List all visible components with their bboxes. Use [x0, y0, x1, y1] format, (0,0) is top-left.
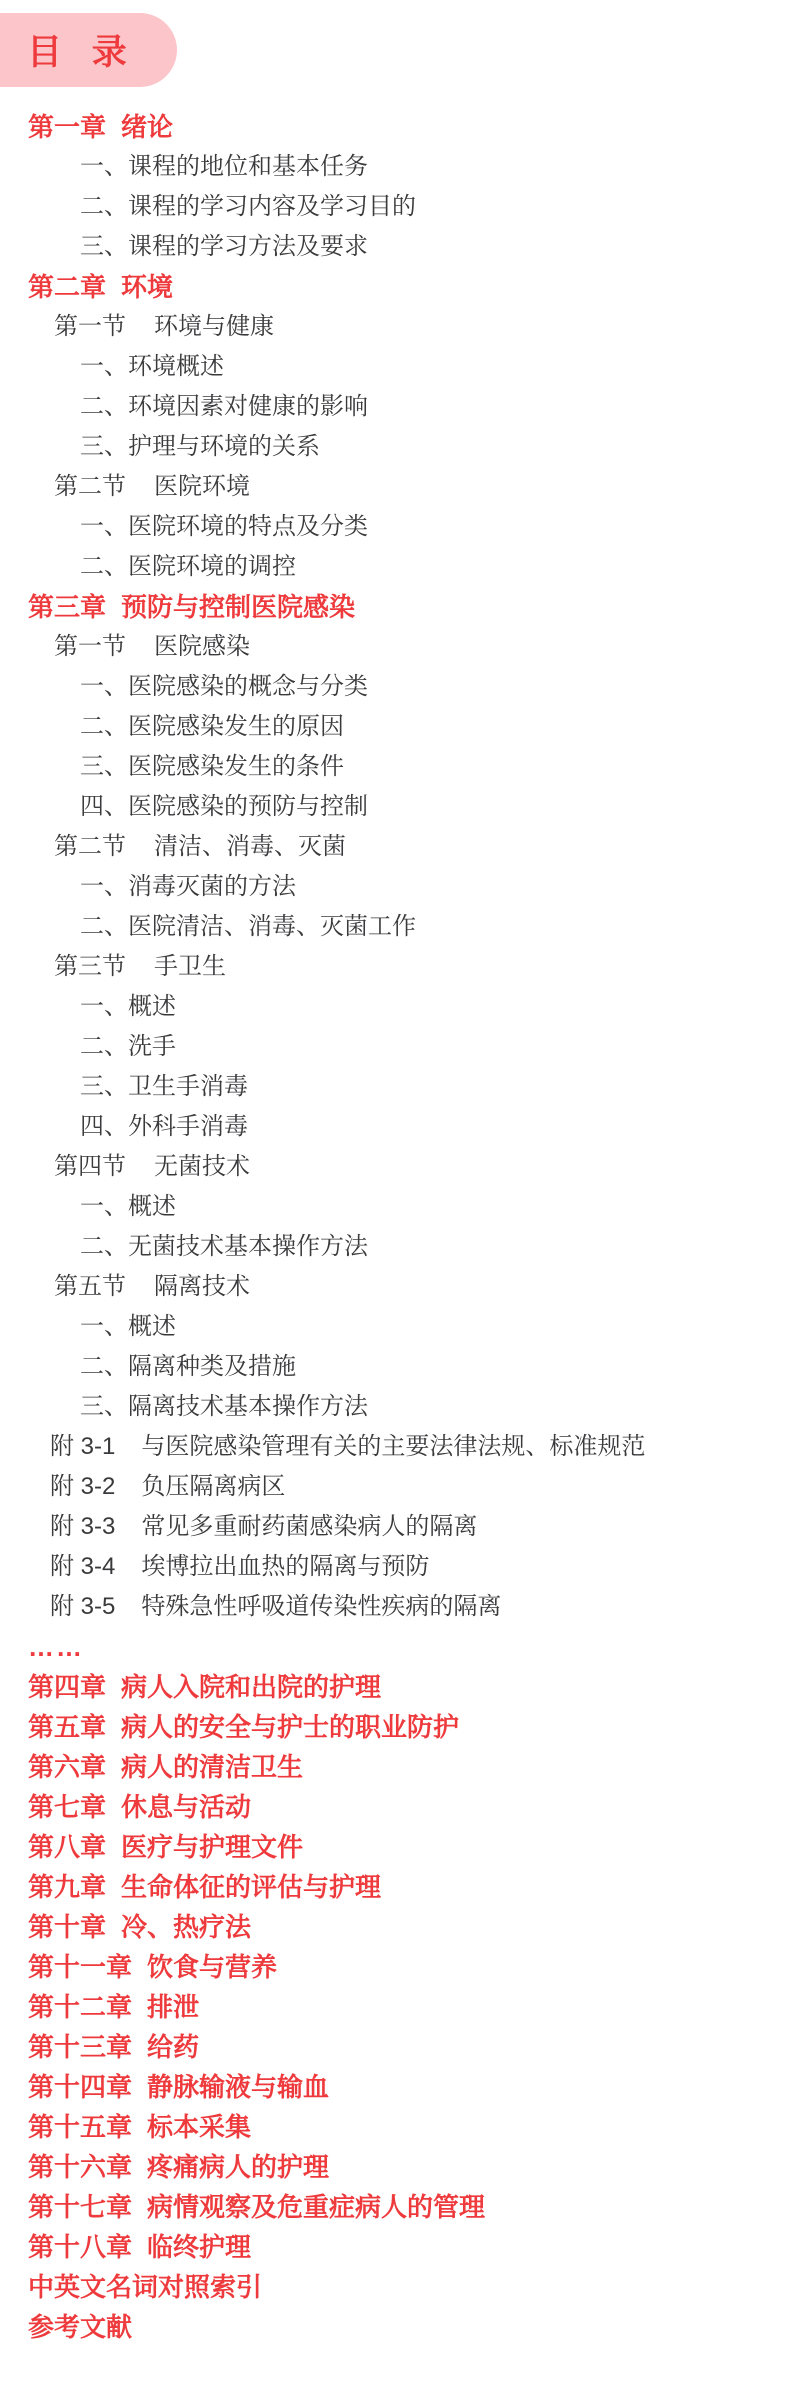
toc-entry-chapter[interactable]: 第十二章排泄	[0, 1987, 790, 2027]
entry-number: 第四节	[54, 1147, 126, 1187]
toc-entry-item[interactable]: 三、课程的学习方法及要求	[0, 227, 790, 267]
entry-number: 第五节	[54, 1267, 126, 1307]
entry-title: 隔离技术	[154, 1273, 250, 1300]
entry-number: 第十四章	[28, 2067, 132, 2107]
toc-entry-backmatter[interactable]: 参考文献	[0, 2307, 790, 2347]
entry-title: 中英文名词对照索引	[28, 2272, 262, 2302]
entry-number: 第七章	[28, 1787, 106, 1827]
toc-entry-item[interactable]: 二、无菌技术基本操作方法	[0, 1227, 790, 1267]
toc-entry-chapter[interactable]: 第五章病人的安全与护士的职业防护	[0, 1707, 790, 1747]
toc-entry-section[interactable]: 第一节医院感染	[0, 627, 790, 667]
entry-number: 第二节	[54, 827, 126, 867]
toc-entry-chapter[interactable]: 第一章绪论	[0, 107, 790, 147]
entry-title: 一、课程的地位和基本任务	[80, 153, 368, 180]
toc-entry-chapter[interactable]: 第四章病人入院和出院的护理	[0, 1667, 790, 1707]
toc-entry-item[interactable]: 一、环境概述	[0, 347, 790, 387]
entry-number: 第八章	[28, 1827, 106, 1867]
toc-entry-item[interactable]: 二、医院清洁、消毒、灭菌工作	[0, 907, 790, 947]
toc-entry-item[interactable]: 三、医院感染发生的条件	[0, 747, 790, 787]
toc-entry-section[interactable]: 第三节手卫生	[0, 947, 790, 987]
entry-title: ……	[28, 1632, 84, 1662]
toc-entry-section[interactable]: 第四节无菌技术	[0, 1147, 790, 1187]
toc-entry-item[interactable]: 一、消毒灭菌的方法	[0, 867, 790, 907]
toc-entry-chapter[interactable]: 第十八章临终护理	[0, 2227, 790, 2267]
toc-entry-item[interactable]: 三、隔离技术基本操作方法	[0, 1387, 790, 1427]
toc-entry-item[interactable]: 一、概述	[0, 1187, 790, 1227]
toc-entry-item[interactable]: 二、医院环境的调控	[0, 547, 790, 587]
entry-number: 第一节	[54, 307, 126, 347]
entry-number: 第三节	[54, 947, 126, 987]
toc-entry-item[interactable]: 二、环境因素对健康的影响	[0, 387, 790, 427]
entry-title: 常见多重耐药菌感染病人的隔离	[141, 1513, 477, 1540]
entry-number: 第十八章	[28, 2227, 132, 2267]
toc-entry-chapter[interactable]: 第十三章给药	[0, 2027, 790, 2067]
toc-entry-chapter[interactable]: 第三章预防与控制医院感染	[0, 587, 790, 627]
entry-number: 第六章	[28, 1747, 106, 1787]
toc-entry-chapter[interactable]: 第十四章静脉输液与输血	[0, 2067, 790, 2107]
entry-number: 第十五章	[28, 2107, 132, 2147]
entry-title: 预防与控制医院感染	[121, 592, 355, 622]
entry-title: 冷、热疗法	[121, 1912, 251, 1942]
toc-entry-item[interactable]: 一、概述	[0, 987, 790, 1027]
entry-title: 一、概述	[80, 1193, 176, 1220]
toc-entry-item[interactable]: 一、医院环境的特点及分类	[0, 507, 790, 547]
toc-entry-backmatter[interactable]: 中英文名词对照索引	[0, 2267, 790, 2307]
entry-number: 第一节	[54, 627, 126, 667]
toc-entry-section[interactable]: 第五节隔离技术	[0, 1267, 790, 1307]
entry-title: 三、卫生手消毒	[80, 1073, 248, 1100]
toc-entry-item[interactable]: 四、医院感染的预防与控制	[0, 787, 790, 827]
toc-entry-appendix[interactable]: 附 3-5特殊急性呼吸道传染性疾病的隔离	[0, 1587, 790, 1627]
entry-title: 三、课程的学习方法及要求	[80, 233, 368, 260]
entry-number: 第十六章	[28, 2147, 132, 2187]
entry-title: 四、外科手消毒	[80, 1113, 248, 1140]
entry-title: 医院环境	[154, 473, 250, 500]
entry-title: 疼痛病人的护理	[147, 2152, 329, 2182]
entry-number: 附 3-4	[50, 1547, 115, 1587]
entry-title: 二、无菌技术基本操作方法	[80, 1233, 368, 1260]
toc-list: 第一章绪论一、课程的地位和基本任务二、课程的学习内容及学习目的三、课程的学习方法…	[0, 107, 790, 2347]
entry-title: 二、洗手	[80, 1033, 176, 1060]
toc-header-badge: 目 录	[0, 13, 177, 87]
toc-entry-chapter[interactable]: 第十六章疼痛病人的护理	[0, 2147, 790, 2187]
entry-title: 给药	[147, 2032, 199, 2062]
entry-title: 一、医院感染的概念与分类	[80, 673, 368, 700]
entry-title: 医疗与护理文件	[121, 1832, 303, 1862]
toc-entry-item[interactable]: 二、隔离种类及措施	[0, 1347, 790, 1387]
entry-number: 第四章	[28, 1667, 106, 1707]
entry-number: 第十一章	[28, 1947, 132, 1987]
entry-title: 环境	[121, 272, 173, 302]
entry-number: 第十二章	[28, 1987, 132, 2027]
entry-title: 三、护理与环境的关系	[80, 433, 320, 460]
entry-number: 附 3-3	[50, 1507, 115, 1547]
entry-title: 医院感染	[154, 633, 250, 660]
entry-number: 第十三章	[28, 2027, 132, 2067]
toc-entry-appendix[interactable]: 附 3-3常见多重耐药菌感染病人的隔离	[0, 1507, 790, 1547]
toc-entry-chapter[interactable]: 第六章病人的清洁卫生	[0, 1747, 790, 1787]
toc-entry-item[interactable]: 二、医院感染发生的原因	[0, 707, 790, 747]
toc-entry-item[interactable]: 三、卫生手消毒	[0, 1067, 790, 1107]
toc-entry-item[interactable]: 一、医院感染的概念与分类	[0, 667, 790, 707]
entry-title: 与医院感染管理有关的主要法律法规、标准规范	[141, 1433, 645, 1460]
entry-title: 一、医院环境的特点及分类	[80, 513, 368, 540]
toc-entry-item[interactable]: 四、外科手消毒	[0, 1107, 790, 1147]
entry-title: 一、消毒灭菌的方法	[80, 873, 296, 900]
toc-entry-item[interactable]: 三、护理与环境的关系	[0, 427, 790, 467]
entry-title: 临终护理	[147, 2232, 251, 2262]
entry-title: 二、医院环境的调控	[80, 553, 296, 580]
toc-entry-section[interactable]: 第二节医院环境	[0, 467, 790, 507]
toc-entry-appendix[interactable]: 附 3-1与医院感染管理有关的主要法律法规、标准规范	[0, 1427, 790, 1467]
entry-title: 一、概述	[80, 993, 176, 1020]
toc-entry-section[interactable]: 第一节环境与健康	[0, 307, 790, 347]
toc-entry-chapter[interactable]: 第八章医疗与护理文件	[0, 1827, 790, 1867]
entry-number: 第三章	[28, 587, 106, 627]
entry-title: 二、医院清洁、消毒、灭菌工作	[80, 913, 416, 940]
toc-entry-item[interactable]: 二、课程的学习内容及学习目的	[0, 187, 790, 227]
entry-number: 第一章	[28, 107, 106, 147]
entry-title: 静脉输液与输血	[147, 2072, 329, 2102]
entry-title: 二、课程的学习内容及学习目的	[80, 193, 416, 220]
entry-number: 第九章	[28, 1867, 106, 1907]
toc-entry-appendix[interactable]: 附 3-2负压隔离病区	[0, 1467, 790, 1507]
entry-number: 附 3-1	[50, 1427, 115, 1467]
toc-entry-chapter[interactable]: 第十七章病情观察及危重症病人的管理	[0, 2187, 790, 2227]
toc-entry-chapter[interactable]: 第十章冷、热疗法	[0, 1907, 790, 1947]
toc-header-title: 目 录	[27, 25, 137, 75]
entry-title: 参考文献	[28, 2312, 132, 2342]
entry-number: 附 3-2	[50, 1467, 115, 1507]
entry-number: 第二节	[54, 467, 126, 507]
toc-page: 目 录 第一章绪论一、课程的地位和基本任务二、课程的学习内容及学习目的三、课程的…	[0, 0, 790, 2399]
entry-title: 特殊急性呼吸道传染性疾病的隔离	[141, 1593, 501, 1620]
toc-entry-chapter[interactable]: 第二章环境	[0, 267, 790, 307]
entry-title: 一、环境概述	[80, 353, 224, 380]
toc-entry-appendix[interactable]: 附 3-4埃博拉出血热的隔离与预防	[0, 1547, 790, 1587]
entry-title: 四、医院感染的预防与控制	[80, 793, 368, 820]
entry-title: 二、环境因素对健康的影响	[80, 393, 368, 420]
entry-title: 清洁、消毒、灭菌	[154, 833, 346, 860]
entry-title: 环境与健康	[154, 313, 274, 340]
entry-title: 负压隔离病区	[141, 1473, 285, 1500]
entry-title: 标本采集	[147, 2112, 251, 2142]
entry-number: 第十章	[28, 1907, 106, 1947]
entry-number: 第十七章	[28, 2187, 132, 2227]
entry-title: 手卫生	[154, 953, 226, 980]
entry-title: 二、医院感染发生的原因	[80, 713, 344, 740]
entry-title: 三、隔离技术基本操作方法	[80, 1393, 368, 1420]
toc-entry-item[interactable]: 一、课程的地位和基本任务	[0, 147, 790, 187]
entry-title: 病情观察及危重症病人的管理	[147, 2192, 485, 2222]
entry-title: 病人入院和出院的护理	[121, 1672, 381, 1702]
toc-entry-ellipsis[interactable]: ……	[0, 1627, 790, 1667]
entry-title: 二、隔离种类及措施	[80, 1353, 296, 1380]
entry-title: 排泄	[147, 1992, 199, 2022]
entry-title: 饮食与营养	[147, 1952, 277, 1982]
entry-number: 第五章	[28, 1707, 106, 1747]
toc-entry-chapter[interactable]: 第十五章标本采集	[0, 2107, 790, 2147]
entry-title: 三、医院感染发生的条件	[80, 753, 344, 780]
entry-number: 第二章	[28, 267, 106, 307]
entry-title: 病人的安全与护士的职业防护	[121, 1712, 459, 1742]
entry-title: 无菌技术	[154, 1153, 250, 1180]
toc-entry-item[interactable]: 二、洗手	[0, 1027, 790, 1067]
entry-title: 绪论	[121, 112, 173, 142]
toc-entry-chapter[interactable]: 第十一章饮食与营养	[0, 1947, 790, 1987]
toc-entry-section[interactable]: 第二节清洁、消毒、灭菌	[0, 827, 790, 867]
toc-entry-chapter[interactable]: 第九章生命体征的评估与护理	[0, 1867, 790, 1907]
entry-title: 休息与活动	[121, 1792, 251, 1822]
toc-entry-item[interactable]: 一、概述	[0, 1307, 790, 1347]
entry-title: 埃博拉出血热的隔离与预防	[141, 1553, 429, 1580]
entry-title: 生命体征的评估与护理	[121, 1872, 381, 1902]
toc-entry-chapter[interactable]: 第七章休息与活动	[0, 1787, 790, 1827]
entry-number: 附 3-5	[50, 1587, 115, 1627]
entry-title: 病人的清洁卫生	[121, 1752, 303, 1782]
entry-title: 一、概述	[80, 1313, 176, 1340]
